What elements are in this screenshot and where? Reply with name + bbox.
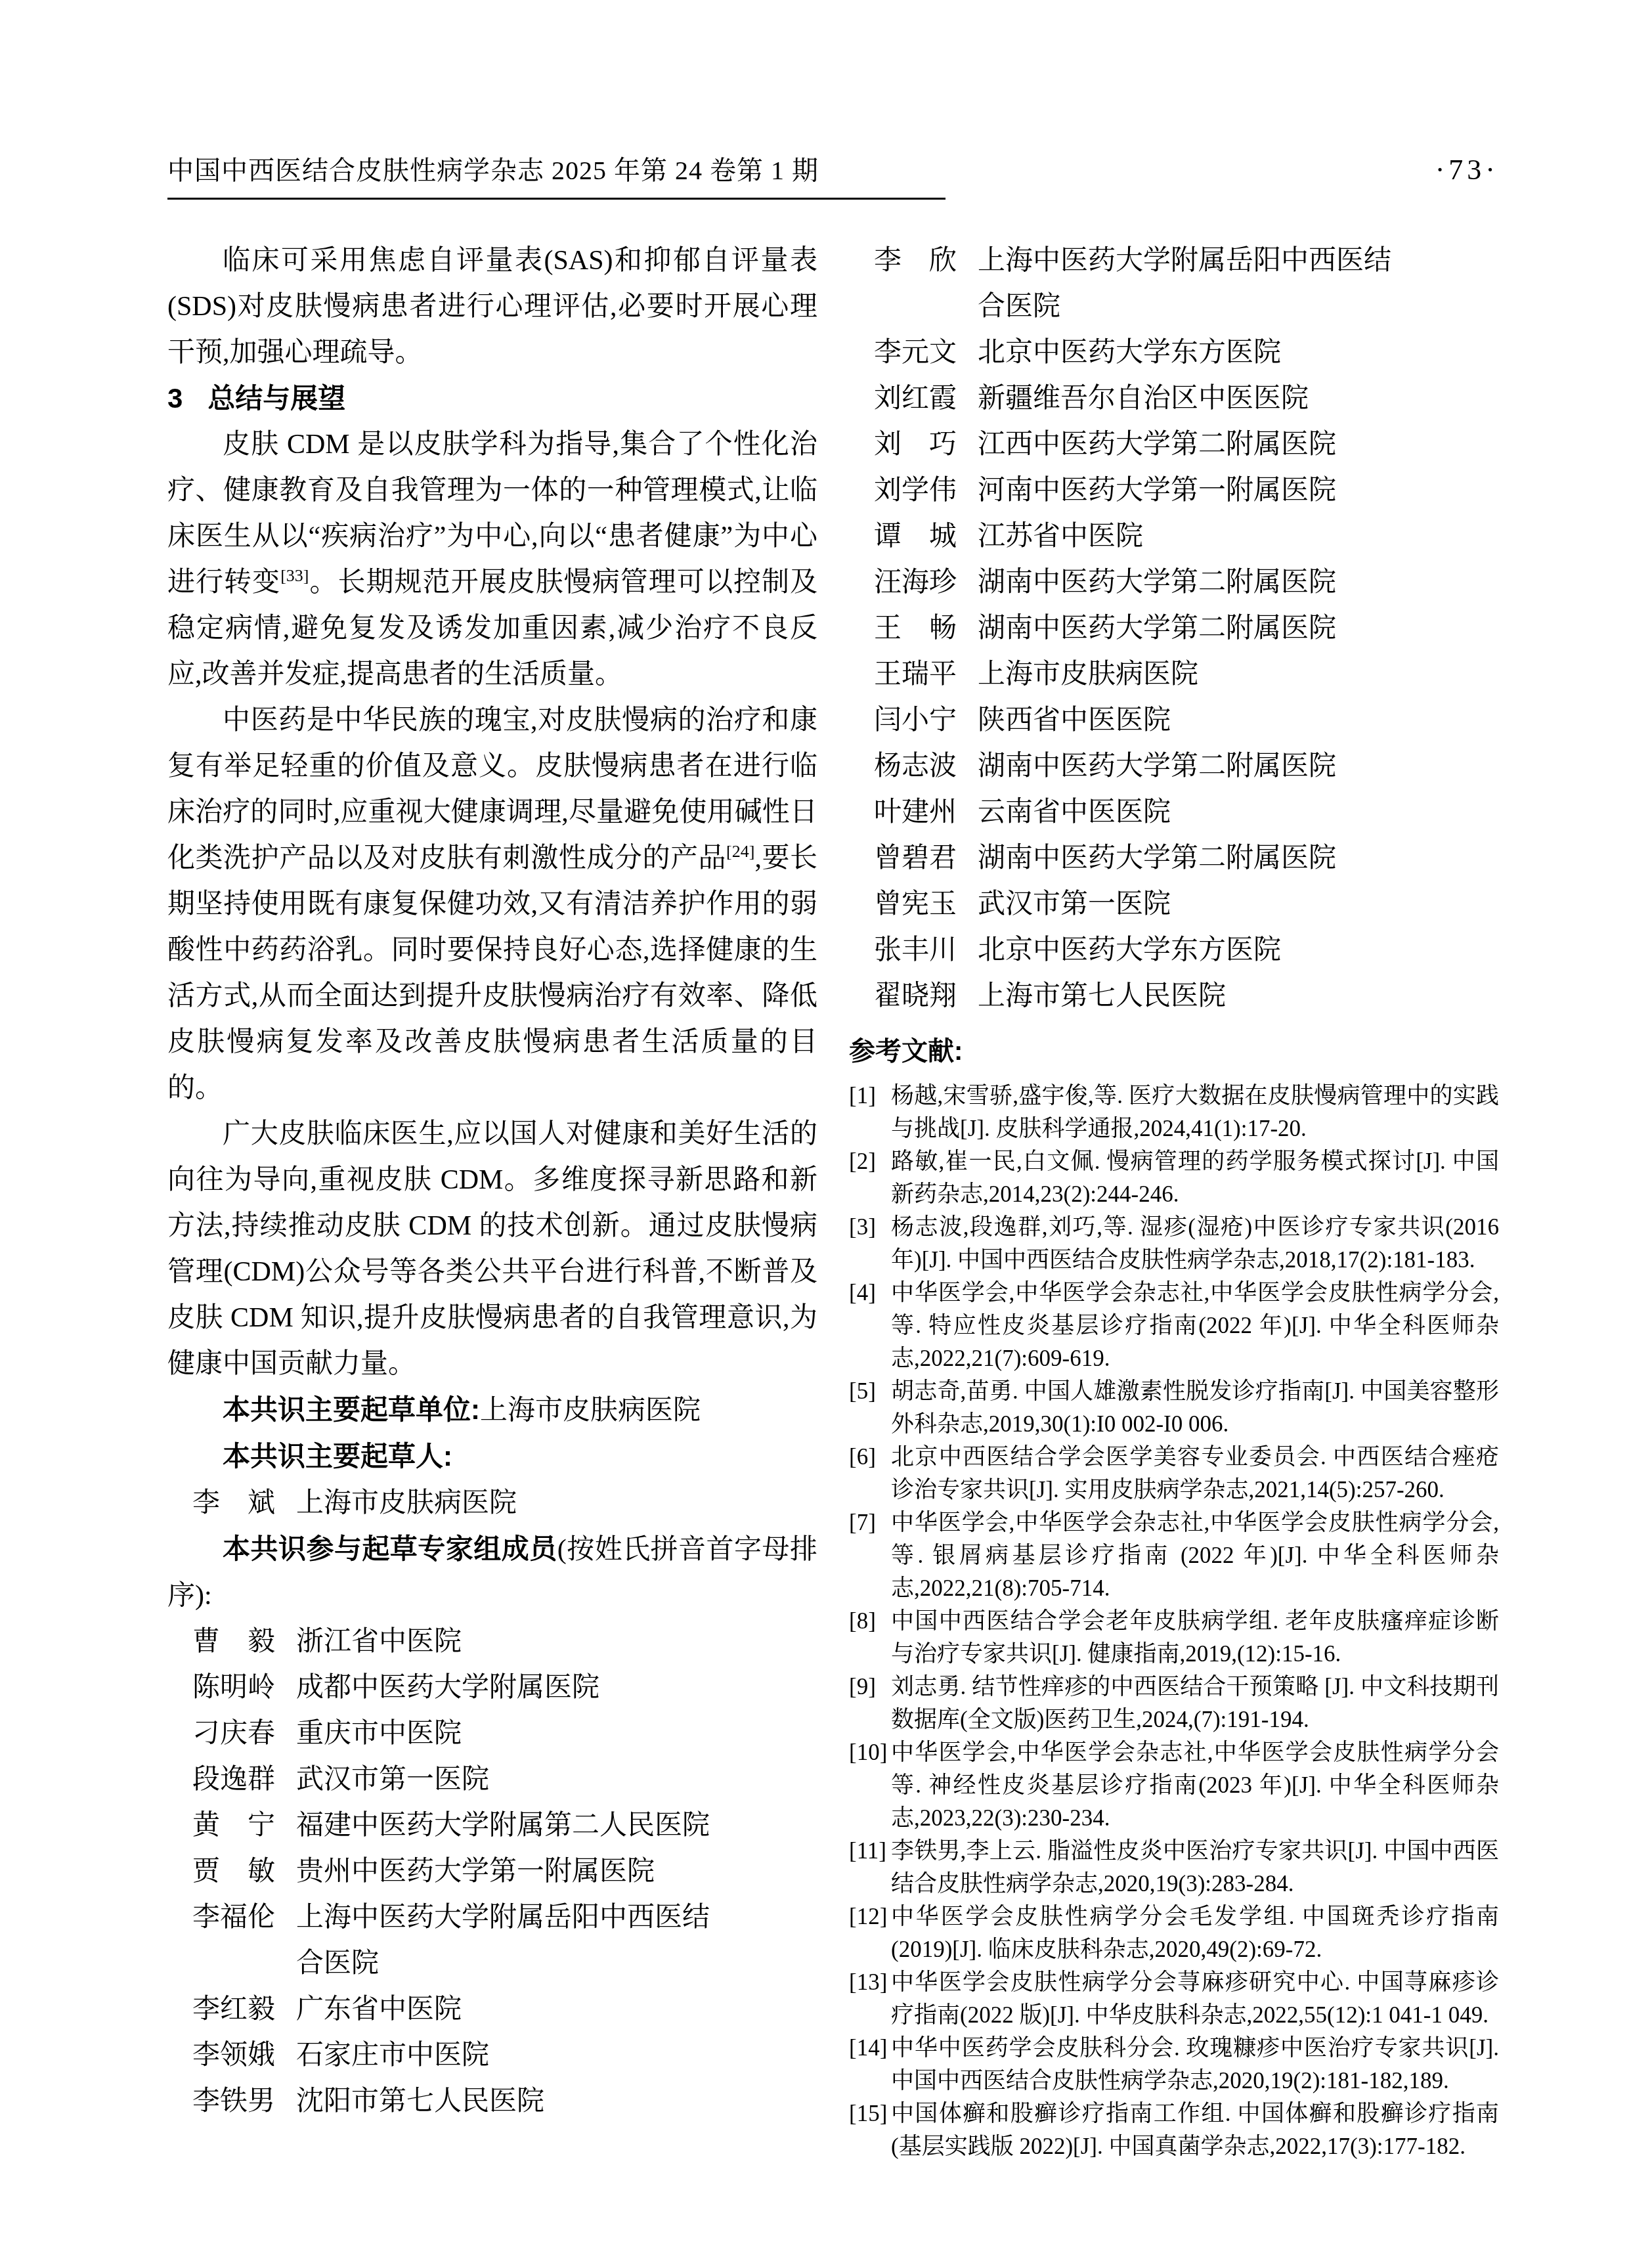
expert-name: 刘学伟 <box>874 468 961 514</box>
reference-number: [12] <box>849 1900 891 1966</box>
reference-number: [8] <box>849 1605 891 1671</box>
reference-text: 中华医学会,中华医学会杂志社,中华医学会皮肤性病学分会等. 神经性皮炎基层诊疗指… <box>891 1736 1499 1835</box>
expert-row: 叶建州云南省中医医院 <box>849 789 1499 835</box>
reference-item: [13]中华医学会皮肤性病学分会荨麻疹研究中心. 中国荨麻疹诊疗指南(2022 … <box>849 1966 1499 2032</box>
reference-number: [15] <box>849 2097 891 2163</box>
expert-row: 杨志波湖南中医药大学第二附属医院 <box>849 743 1499 789</box>
reference-number: [7] <box>849 1506 891 1605</box>
reference-item: [7]中华医学会,中华医学会杂志社,中华医学会皮肤性病学分会,等. 银屑病基层诊… <box>849 1506 1499 1605</box>
expert-affiliation: 湖南中医药大学第二附属医院 <box>978 559 1407 605</box>
expert-affiliation: 上海市第七人民医院 <box>978 973 1407 1019</box>
reference-item: [2]路敏,崔一民,白文佩. 慢病管理的药学服务模式探讨[J]. 中国新药杂志,… <box>849 1145 1499 1211</box>
expert-row: 汪海珍湖南中医药大学第二附属医院 <box>849 559 1499 605</box>
drafting-unit-value: 上海市皮肤病医院 <box>480 1395 701 1426</box>
citation-marker-24: [24] <box>726 842 754 861</box>
reference-text: 胡志奇,苗勇. 中国人雄激素性脱发诊疗指南[J]. 中国美容整形外科杂志,201… <box>891 1375 1499 1441</box>
expert-name: 曾碧君 <box>874 835 961 881</box>
reference-number: [14] <box>849 2032 891 2097</box>
expert-name: 李福伦 <box>192 1895 279 1986</box>
expert-affiliation: 北京中医药大学东方医院 <box>978 927 1407 973</box>
page-header: 中国中西医结合皮肤性病学杂志 2025 年第 24 卷第 1 期 ·73· <box>167 150 1499 187</box>
expert-affiliation: 上海市皮肤病医院 <box>296 1480 726 1526</box>
reference-text: 杨越,宋雪骄,盛宇俊,等. 医疗大数据在皮肤慢病管理中的实践与挑战[J]. 皮肤… <box>891 1080 1499 1145</box>
expert-name: 曹 毅 <box>192 1619 279 1665</box>
experts-group-label: 本共识参与起草专家组成员(按姓氏拼音首字母排序): <box>167 1526 817 1619</box>
reference-text: 中华医学会,中华医学会杂志社,中华医学会皮肤性病学分会,等. 银屑病基层诊疗指南… <box>891 1506 1499 1605</box>
section-heading: 3总结与展望 <box>167 376 817 422</box>
section-title: 总结与展望 <box>207 383 345 414</box>
expert-name: 杨志波 <box>874 743 961 789</box>
expert-name: 刘红霞 <box>874 376 961 422</box>
expert-name: 段逸群 <box>192 1757 279 1803</box>
reference-text: 中华中医药学会皮肤科分会. 玫瑰糠疹中医治疗专家共识[J]. 中国中西医结合皮肤… <box>891 2032 1499 2097</box>
expert-row: 谭 城江苏省中医院 <box>849 514 1499 559</box>
expert-row: 李红毅广东省中医院 <box>167 1986 817 2032</box>
right-column: 李 欣上海中医药大学附属岳阳中西医结合医院 李元文北京中医药大学东方医院 刘红霞… <box>849 238 1499 2163</box>
paragraph-psych-assessment: 临床可采用焦虑自评量表(SAS)和抑郁自评量表(SDS)对皮肤慢病患者进行心理评… <box>167 238 817 376</box>
expert-affiliation: 云南省中医医院 <box>978 789 1407 835</box>
reference-number: [4] <box>849 1277 891 1375</box>
paragraph-cdm-summary: 皮肤 CDM 是以皮肤学科为指导,集合了个性化治疗、健康教育及自我管理为一体的一… <box>167 422 817 697</box>
reference-item: [12]中华医学会皮肤性病学分会毛发学组. 中国斑秃诊疗指南(2019)[J].… <box>849 1900 1499 1966</box>
expert-affiliation: 武汉市第一医院 <box>978 881 1407 927</box>
expert-row: 贾 敏贵州中医药大学第一附属医院 <box>167 1849 817 1895</box>
expert-affiliation: 浙江省中医院 <box>296 1619 726 1665</box>
expert-row: 李元文北京中医药大学东方医院 <box>849 330 1499 376</box>
expert-affiliation: 上海市皮肤病医院 <box>978 651 1407 697</box>
expert-name: 刘 巧 <box>874 422 961 468</box>
expert-name: 贾 敏 <box>192 1849 279 1895</box>
reference-number: [10] <box>849 1736 891 1835</box>
left-column: 临床可采用焦虑自评量表(SAS)和抑郁自评量表(SDS)对皮肤慢病患者进行心理评… <box>167 238 817 2163</box>
lead-drafter-row: 李 斌 上海市皮肤病医院 <box>167 1480 817 1526</box>
expert-affiliation: 武汉市第一医院 <box>296 1757 726 1803</box>
reference-number: [13] <box>849 1966 891 2032</box>
expert-name: 翟晓翔 <box>874 973 961 1019</box>
paragraph-text: 中医药是中华民族的瑰宝,对皮肤慢病的治疗和康复有举足轻重的价值及意义。皮肤慢病患… <box>167 705 817 873</box>
paragraph-text: ,要长期坚持使用既有康复保健功效,又有清洁养护作用的弱酸性中药药浴乳。同时要保持… <box>167 843 817 1103</box>
reference-number: [9] <box>849 1671 891 1736</box>
expert-row: 李 欣上海中医药大学附属岳阳中西医结合医院 <box>849 238 1499 330</box>
journal-page: 中国中西医结合皮肤性病学杂志 2025 年第 24 卷第 1 期 ·73· 临床… <box>0 0 1652 2257</box>
expert-affiliation: 上海中医药大学附属岳阳中西医结合医院 <box>296 1895 726 1986</box>
expert-affiliation: 陕西省中医医院 <box>978 697 1407 743</box>
expert-affiliation: 上海中医药大学附属岳阳中西医结合医院 <box>978 238 1407 330</box>
expert-affiliation: 北京中医药大学东方医院 <box>978 330 1407 376</box>
reference-number: [6] <box>849 1441 891 1506</box>
drafting-unit-label: 本共识主要起草单位: <box>223 1394 480 1425</box>
reference-item: [11]李铁男,李上云. 脂溢性皮炎中医治疗专家共识[J]. 中国中西医结合皮肤… <box>849 1835 1499 1900</box>
expert-affiliation: 江苏省中医院 <box>978 514 1407 559</box>
reference-item: [3]杨志波,段逸群,刘巧,等. 湿疹(湿疮)中医诊疗专家共识(2016 年)[… <box>849 1211 1499 1277</box>
expert-name: 王 畅 <box>874 605 961 651</box>
reference-number: [3] <box>849 1211 891 1277</box>
expert-name: 陈明岭 <box>192 1665 279 1711</box>
expert-row: 刘 巧江西中医药大学第二附属医院 <box>849 422 1499 468</box>
reference-item: [8]中国中西医结合学会老年皮肤病学组. 老年皮肤瘙痒症诊断与治疗专家共识[J]… <box>849 1605 1499 1671</box>
reference-item: [9]刘志勇. 结节性痒疹的中西医结合干预策略 [J]. 中文科技期刊数据库(全… <box>849 1671 1499 1736</box>
expert-name: 李铁男 <box>192 2078 279 2124</box>
reference-text: 中华医学会,中华医学会杂志社,中华医学会皮肤性病学分会,等. 特应性皮炎基层诊疗… <box>891 1277 1499 1375</box>
expert-name: 黄 宁 <box>192 1803 279 1849</box>
reference-text: 路敏,崔一民,白文佩. 慢病管理的药学服务模式探讨[J]. 中国新药杂志,201… <box>891 1145 1499 1211</box>
expert-name: 曾宪玉 <box>874 881 961 927</box>
expert-affiliation: 石家庄市中医院 <box>296 2032 726 2078</box>
reference-item: [10]中华医学会,中华医学会杂志社,中华医学会皮肤性病学分会等. 神经性皮炎基… <box>849 1736 1499 1835</box>
expert-name: 王瑞平 <box>874 651 961 697</box>
reference-number: [11] <box>849 1835 891 1900</box>
reference-text: 李铁男,李上云. 脂溢性皮炎中医治疗专家共识[J]. 中国中西医结合皮肤性病学杂… <box>891 1835 1499 1900</box>
expert-name: 叶建州 <box>874 789 961 835</box>
reference-number: [2] <box>849 1145 891 1211</box>
expert-row: 刘学伟河南中医药大学第一附属医院 <box>849 468 1499 514</box>
reference-text: 中国中西医结合学会老年皮肤病学组. 老年皮肤瘙痒症诊断与治疗专家共识[J]. 健… <box>891 1605 1499 1671</box>
expert-row: 闫小宁陕西省中医医院 <box>849 697 1499 743</box>
references-heading: 参考文献: <box>849 1028 1499 1074</box>
expert-affiliation: 湖南中医药大学第二附属医院 <box>978 835 1407 881</box>
reference-item: [1]杨越,宋雪骄,盛宇俊,等. 医疗大数据在皮肤慢病管理中的实践与挑战[J].… <box>849 1080 1499 1145</box>
reference-text: 中国体癣和股癣诊疗指南工作组. 中国体癣和股癣诊疗指南(基层实践版 2022)[… <box>891 2097 1499 2163</box>
expert-name: 谭 城 <box>874 514 961 559</box>
expert-name: 刁庆春 <box>192 1711 279 1757</box>
expert-affiliation: 成都中医药大学附属医院 <box>296 1665 726 1711</box>
expert-affiliation: 沈阳市第七人民医院 <box>296 2078 726 2124</box>
expert-affiliation: 江西中医药大学第二附属医院 <box>978 422 1407 468</box>
reference-number: [1] <box>849 1080 891 1145</box>
expert-row: 张丰川北京中医药大学东方医院 <box>849 927 1499 973</box>
expert-affiliation: 重庆市中医院 <box>296 1711 726 1757</box>
expert-affiliation: 湖南中医药大学第二附属医院 <box>978 605 1407 651</box>
expert-name: 李元文 <box>874 330 961 376</box>
reference-text: 刘志勇. 结节性痒疹的中西医结合干预策略 [J]. 中文科技期刊数据库(全文版)… <box>891 1671 1499 1736</box>
reference-item: [4]中华医学会,中华医学会杂志社,中华医学会皮肤性病学分会,等. 特应性皮炎基… <box>849 1277 1499 1375</box>
expert-name: 汪海珍 <box>874 559 961 605</box>
expert-row: 黄 宁福建中医药大学附属第二人民医院 <box>167 1803 817 1849</box>
expert-row: 李铁男沈阳市第七人民医院 <box>167 2078 817 2124</box>
expert-row: 李领娥石家庄市中医院 <box>167 2032 817 2078</box>
expert-row: 段逸群武汉市第一医院 <box>167 1757 817 1803</box>
journal-title: 中国中西医结合皮肤性病学杂志 2025 年第 24 卷第 1 期 <box>167 150 819 187</box>
header-rule <box>167 198 946 200</box>
reference-number: [5] <box>849 1375 891 1441</box>
expert-row: 王 畅湖南中医药大学第二附属医院 <box>849 605 1499 651</box>
expert-name: 张丰川 <box>874 927 961 973</box>
expert-row: 王瑞平上海市皮肤病医院 <box>849 651 1499 697</box>
reference-text: 北京中西医结合学会医学美容专业委员会. 中西医结合痤疮诊治专家共识[J]. 实用… <box>891 1441 1499 1506</box>
expert-name: 李红毅 <box>192 1986 279 2032</box>
expert-affiliation: 贵州中医药大学第一附属医院 <box>296 1849 726 1895</box>
reference-text: 中华医学会皮肤性病学分会毛发学组. 中国斑秃诊疗指南(2019)[J]. 临床皮… <box>891 1900 1499 1966</box>
drafters-label: 本共识主要起草人: <box>223 1441 452 1472</box>
section-number: 3 <box>167 376 183 422</box>
drafting-unit-line: 本共识主要起草单位:上海市皮肤病医院 <box>167 1387 817 1434</box>
citation-marker-33: [33] <box>280 566 309 585</box>
expert-row: 李福伦上海中医药大学附属岳阳中西医结合医院 <box>167 1895 817 1986</box>
expert-name: 闫小宁 <box>874 697 961 743</box>
expert-row: 曹 毅浙江省中医院 <box>167 1619 817 1665</box>
expert-affiliation: 河南中医药大学第一附属医院 <box>978 468 1407 514</box>
expert-row: 刁庆春重庆市中医院 <box>167 1711 817 1757</box>
expert-row: 翟晓翔上海市第七人民医院 <box>849 973 1499 1019</box>
reference-item: [5]胡志奇,苗勇. 中国人雄激素性脱发诊疗指南[J]. 中国美容整形外科杂志,… <box>849 1375 1499 1441</box>
expert-row: 刘红霞新疆维吾尔自治区中医医院 <box>849 376 1499 422</box>
expert-row: 陈明岭成都中医药大学附属医院 <box>167 1665 817 1711</box>
expert-name: 李 欣 <box>874 238 961 330</box>
expert-affiliation: 广东省中医院 <box>296 1986 726 2032</box>
experts-label-bold: 本共识参与起草专家组成员 <box>223 1533 557 1564</box>
expert-affiliation: 新疆维吾尔自治区中医医院 <box>978 376 1407 422</box>
page-number: ·73· <box>1435 153 1499 186</box>
reference-text: 杨志波,段逸群,刘巧,等. 湿疹(湿疮)中医诊疗专家共识(2016 年)[J].… <box>891 1211 1499 1277</box>
expert-row: 曾宪玉武汉市第一医院 <box>849 881 1499 927</box>
paragraph-tcm-value: 中医药是中华民族的瑰宝,对皮肤慢病的治疗和康复有举足轻重的价值及意义。皮肤慢病患… <box>167 697 817 1111</box>
expert-row: 曾碧君湖南中医药大学第二附属医院 <box>849 835 1499 881</box>
expert-name: 李 斌 <box>192 1480 279 1526</box>
reference-text: 中华医学会皮肤性病学分会荨麻疹研究中心. 中国荨麻疹诊疗指南(2022 版)[J… <box>891 1966 1499 2032</box>
reference-item: [14]中华中医药学会皮肤科分会. 玫瑰糠疹中医治疗专家共识[J]. 中国中西医… <box>849 2032 1499 2097</box>
expert-affiliation: 福建中医药大学附属第二人民医院 <box>296 1803 726 1849</box>
reference-item: [15]中国体癣和股癣诊疗指南工作组. 中国体癣和股癣诊疗指南(基层实践版 20… <box>849 2097 1499 2163</box>
expert-name: 李领娥 <box>192 2032 279 2078</box>
paragraph-outlook: 广大皮肤临床医生,应以国人对健康和美好生活的向往为导向,重视皮肤 CDM。多维度… <box>167 1111 817 1387</box>
drafters-label-line: 本共识主要起草人: <box>167 1434 817 1480</box>
two-column-body: 临床可采用焦虑自评量表(SAS)和抑郁自评量表(SDS)对皮肤慢病患者进行心理评… <box>167 238 1499 2163</box>
reference-item: [6]北京中西医结合学会医学美容专业委员会. 中西医结合痤疮诊治专家共识[J].… <box>849 1441 1499 1506</box>
expert-affiliation: 湖南中医药大学第二附属医院 <box>978 743 1407 789</box>
